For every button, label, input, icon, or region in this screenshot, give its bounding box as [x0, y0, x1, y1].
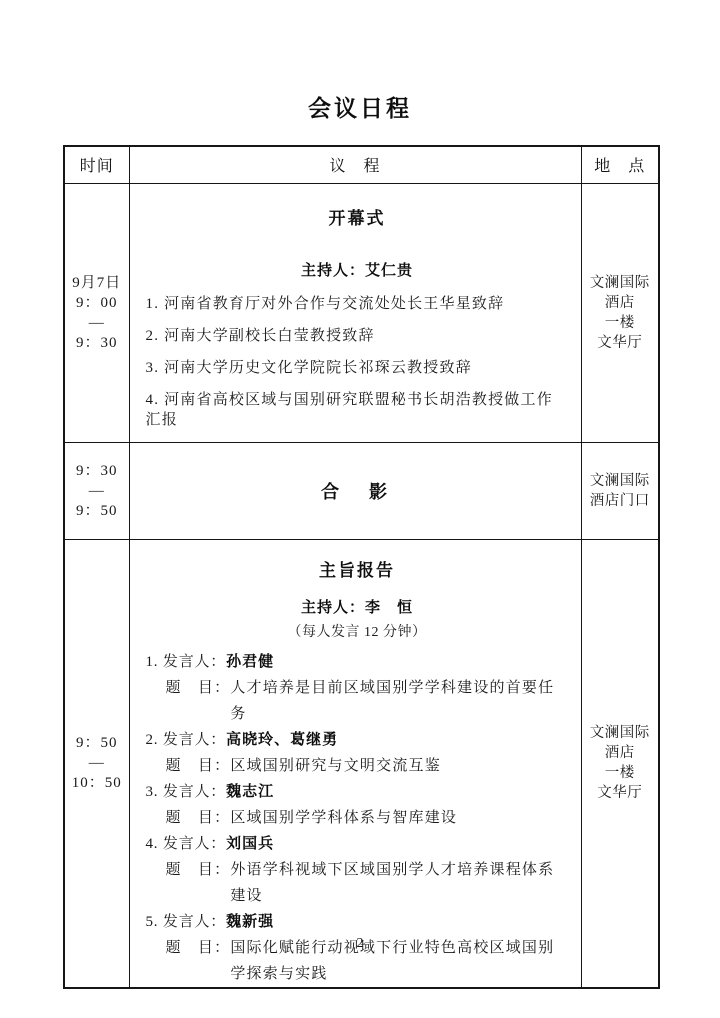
time-line: 9：50 [65, 501, 129, 521]
speaker-line: 2. 发言人：高晓玲、葛继勇 [146, 727, 569, 753]
speaker-block: 3. 发言人：魏志江 题 目：区域国别学学科体系与智库建设 [146, 779, 569, 831]
speaker-line: 1. 发言人：孙君健 [146, 649, 569, 675]
location-cell: 文澜国际 酒店门口 [581, 442, 659, 539]
table-header-row: 时间 议 程 地 点 [64, 146, 659, 183]
location-line: 酒店 [582, 743, 659, 763]
host-line: 主持人：艾仁贵 [146, 259, 569, 280]
topic-line: 题 目：区域国别学学科体系与智库建设 [146, 805, 569, 831]
location-cell: 文澜国际 酒店 一楼 文华厅 [581, 183, 659, 442]
agenda-table: 时间 议 程 地 点 9月7日 9：00 — 9：30 开幕式 主持人：艾仁贵 … [63, 145, 660, 989]
speaker-label: 发言人： [158, 836, 226, 852]
location-line: 文华厅 [582, 333, 659, 353]
agenda-cell: 开幕式 主持人：艾仁贵 1. 河南省教育厅对外合作与交流处处长王华星致辞 2. … [129, 183, 581, 442]
topic-text: 区域国别研究与文明交流互鉴 [230, 753, 568, 779]
speaker-line: 3. 发言人：魏志江 [146, 779, 569, 805]
speaker-name: 魏新强 [226, 913, 274, 930]
topic-line: 题 目：外语学科视域下区域国别学人才培养课程体系建设 [146, 857, 569, 909]
time-line: 9：50 [65, 733, 129, 753]
table-row-photo: 9：30 — 9：50 合 影 文澜国际 酒店门口 [64, 442, 659, 539]
time-line: 10：50 [65, 773, 129, 793]
speech-item: 4. 河南省高校区域与国别研究联盟秘书长胡浩教授做工作汇报 [146, 390, 569, 430]
speaker-number: 2. [146, 732, 159, 748]
location-line: 文澜国际 [582, 723, 659, 743]
speaker-line: 4. 发言人：刘国兵 [146, 831, 569, 857]
speaker-name: 魏志江 [226, 783, 274, 800]
topic-label: 题 目： [166, 753, 231, 779]
location-line: 一楼 [582, 313, 659, 333]
topic-label: 题 目： [166, 675, 231, 727]
location-line: 文澜国际 [582, 273, 659, 293]
topic-label: 题 目： [166, 805, 231, 831]
location-line: 一楼 [582, 763, 659, 783]
speaker-label: 发言人： [158, 732, 226, 748]
speaker-name: 高晓玲、葛继勇 [226, 731, 338, 748]
speaker-label: 发言人： [158, 784, 226, 800]
speaker-name: 孙君健 [226, 653, 274, 670]
location-cell: 文澜国际 酒店 一楼 文华厅 [581, 539, 659, 988]
agenda-cell: 合 影 [129, 442, 581, 539]
speaker-block: 1. 发言人：孙君健 题 目：人才培养是目前区域国别学学科建设的首要任务 [146, 649, 569, 727]
location-line: 酒店门口 [582, 491, 659, 511]
host-line: 主持人：李 恒 [146, 596, 569, 617]
time-dash: — [65, 481, 129, 501]
page-number: 2 [0, 936, 720, 952]
session-title: 合 影 [146, 478, 569, 504]
speaker-number: 1. [146, 654, 159, 670]
time-cell: 9月7日 9：00 — 9：30 [64, 183, 129, 442]
header-cell-agenda: 议 程 [129, 146, 581, 183]
speaker-name: 刘国兵 [226, 835, 274, 852]
topic-line: 题 目：区域国别研究与文明交流互鉴 [146, 753, 569, 779]
topic-label: 题 目： [166, 857, 231, 909]
time-line: 9：00 [65, 293, 129, 313]
speaker-number: 4. [146, 836, 159, 852]
location-line: 文澜国际 [582, 471, 659, 491]
topic-text: 外语学科视域下区域国别学人才培养课程体系建设 [230, 857, 568, 909]
agenda-cell: 主旨报告 主持人：李 恒 （每人发言 12 分钟） 1. 发言人：孙君健 题 目… [129, 539, 581, 988]
table-row-keynote: 9：50 — 10：50 主旨报告 主持人：李 恒 （每人发言 12 分钟） 1… [64, 539, 659, 988]
session-title: 开幕式 [146, 204, 569, 229]
time-dash: — [65, 313, 129, 333]
time-cell: 9：30 — 9：50 [64, 442, 129, 539]
speech-item: 3. 河南大学历史文化学院院长祁琛云教授致辞 [146, 358, 569, 378]
speech-list: 1. 河南省教育厅对外合作与交流处处长王华星致辞 2. 河南大学副校长白莹教授致… [146, 294, 569, 430]
time-cell: 9：50 — 10：50 [64, 539, 129, 988]
time-dash: — [65, 753, 129, 773]
header-cell-location: 地 点 [581, 146, 659, 183]
speaker-number: 5. [146, 914, 159, 930]
speaker-line: 5. 发言人：魏新强 [146, 909, 569, 935]
location-line: 文华厅 [582, 783, 659, 803]
note-line: （每人发言 12 分钟） [146, 621, 569, 641]
topic-line: 题 目：人才培养是目前区域国别学学科建设的首要任务 [146, 675, 569, 727]
page-title: 会议日程 [0, 90, 720, 123]
speaker-block: 4. 发言人：刘国兵 题 目：外语学科视域下区域国别学人才培养课程体系建设 [146, 831, 569, 909]
speaker-label: 发言人： [158, 654, 226, 670]
speaker-number: 3. [146, 784, 159, 800]
time-line: 9月7日 [65, 273, 129, 293]
session-title: 主旨报告 [146, 556, 569, 581]
time-line: 9：30 [65, 333, 129, 353]
document-page: 会议日程 时间 议 程 地 点 9月7日 9：00 — 9：30 开幕式 主持人… [0, 0, 720, 1018]
header-cell-time: 时间 [64, 146, 129, 183]
speech-item: 1. 河南省教育厅对外合作与交流处处长王华星致辞 [146, 294, 569, 314]
speaker-label: 发言人： [158, 914, 226, 930]
speech-item: 2. 河南大学副校长白莹教授致辞 [146, 326, 569, 346]
table-row-opening: 9月7日 9：00 — 9：30 开幕式 主持人：艾仁贵 1. 河南省教育厅对外… [64, 183, 659, 442]
location-line: 酒店 [582, 293, 659, 313]
time-line: 9：30 [65, 461, 129, 481]
speaker-block: 2. 发言人：高晓玲、葛继勇 题 目：区域国别研究与文明交流互鉴 [146, 727, 569, 779]
topic-text: 人才培养是目前区域国别学学科建设的首要任务 [230, 675, 568, 727]
topic-text: 区域国别学学科体系与智库建设 [230, 805, 568, 831]
